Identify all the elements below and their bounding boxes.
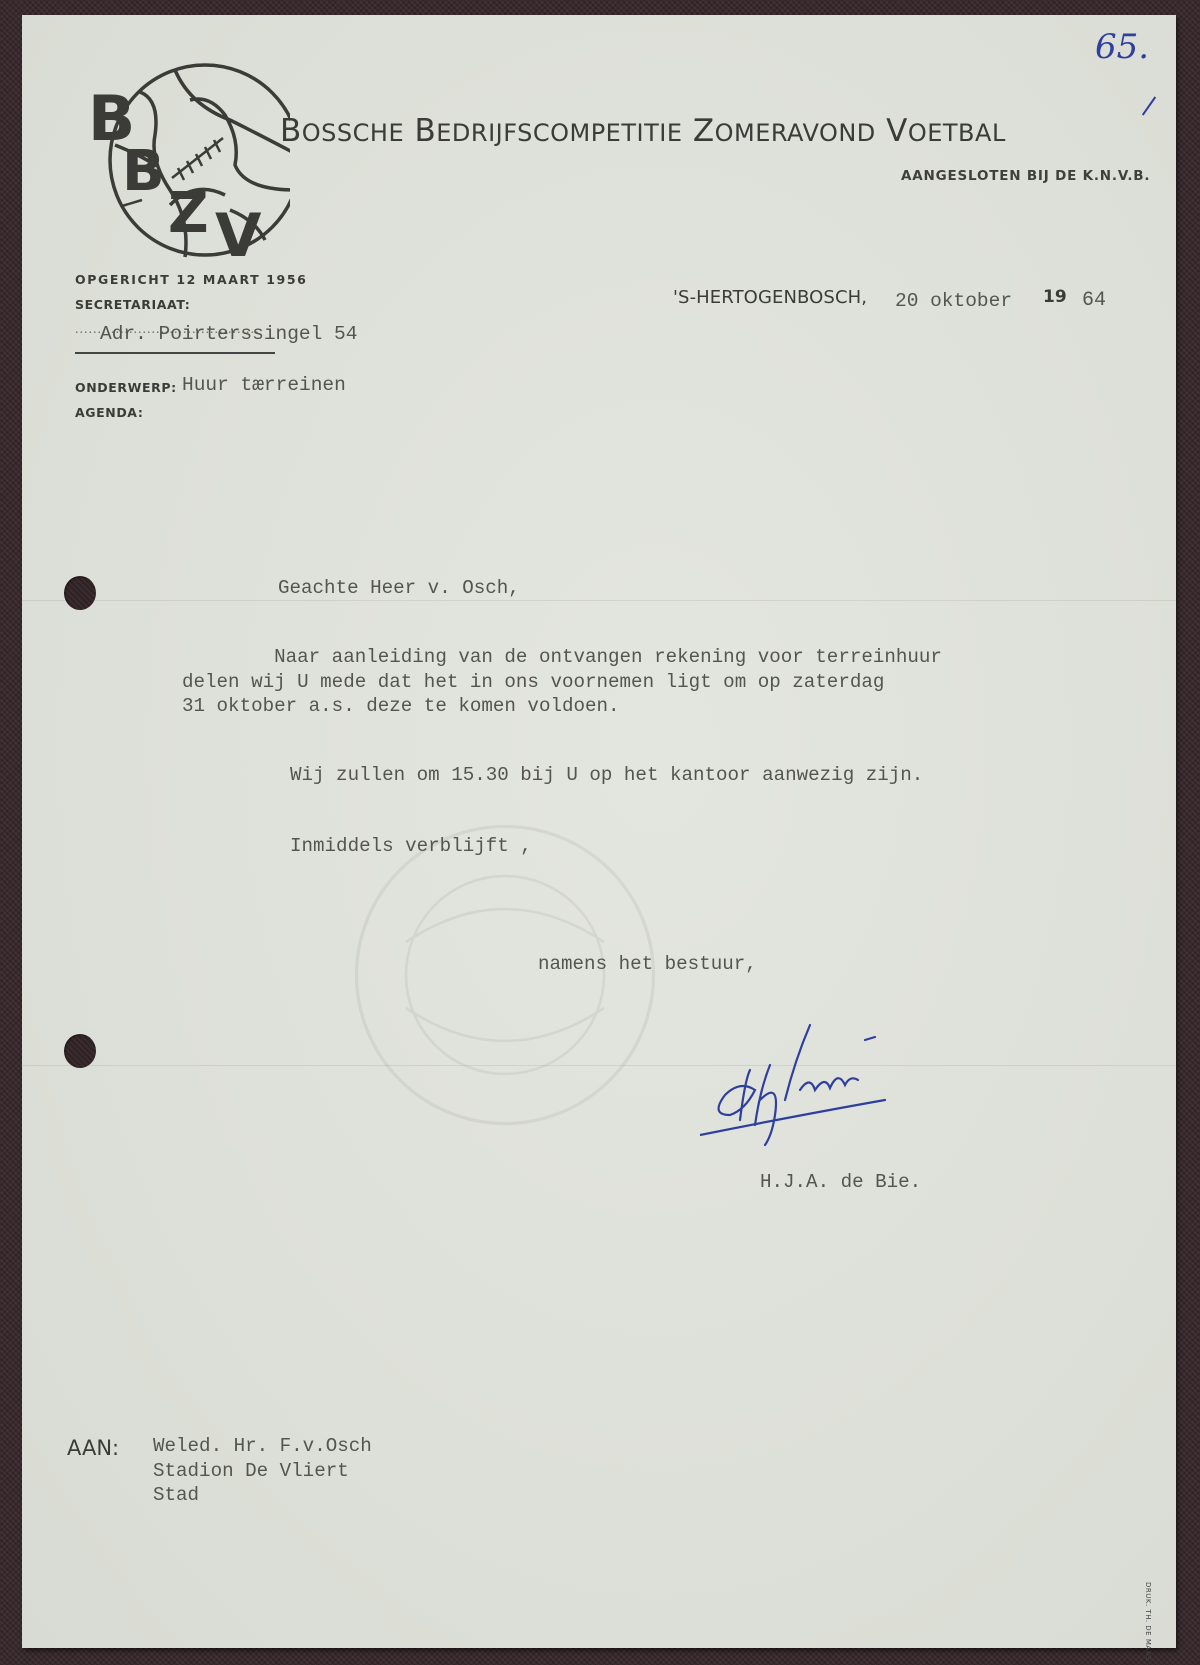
closing-line: Inmiddels verblijft , xyxy=(290,834,532,859)
recipient-line: Stadion De Vliert xyxy=(153,1459,372,1484)
agenda-label: AGENDA: xyxy=(75,405,143,420)
affiliation-text: AANGESLOTEN BIJ DE K.N.V.B. xyxy=(901,168,1150,184)
paragraph-1: Naar aanleiding van de ontvangen rekenin… xyxy=(182,645,942,719)
salutation: Geachte Heer v. Osch, xyxy=(278,576,520,601)
recipient-line: Stad xyxy=(153,1483,372,1508)
printer-mark: DRUK. TH. DE MAAS xyxy=(1144,1582,1152,1661)
punch-hole xyxy=(64,576,96,610)
city-label: 'S-HERTOGENBOSCH, xyxy=(673,287,867,308)
year-prefix: 19 xyxy=(1043,287,1067,307)
secretariaat-address: Adr. Poirterssingel 54 xyxy=(100,323,357,345)
subject-value: Huur tærreinen xyxy=(182,374,346,396)
svg-text:V: V xyxy=(215,201,262,260)
fold-crease xyxy=(22,600,1176,601)
recipient-label: AAN: xyxy=(67,1436,119,1460)
bbzv-logo-icon: B B Z V xyxy=(60,60,290,260)
address-underline xyxy=(75,352,275,354)
recipient-address: Weled. Hr. F.v.OschStadion De VliertStad xyxy=(153,1434,372,1508)
founded-date: OPGERICHT 12 MAART 1956 xyxy=(75,272,307,287)
svg-text:B: B xyxy=(122,139,165,204)
letter-date: 20 oktober xyxy=(895,290,1012,312)
year-suffix: 64 xyxy=(1082,289,1106,312)
signer-name: H.J.A. de Bie. xyxy=(760,1170,921,1195)
organization-name: BOSSCHE BEDRIJFSCOMPETITIE ZOMERAVOND VO… xyxy=(280,113,1006,149)
onderwerp-label: ONDERWERP: xyxy=(75,380,177,395)
paragraph-2: Wij zullen om 15.30 bij U op het kantoor… xyxy=(290,763,923,788)
signature-icon xyxy=(700,1020,960,1160)
handwritten-number: 65. xyxy=(1095,27,1149,67)
on-behalf-line: namens het bestuur, xyxy=(538,952,757,977)
svg-text:Z: Z xyxy=(168,181,209,246)
secretariaat-label: SECRETARIAAT: xyxy=(75,297,190,312)
punch-hole xyxy=(64,1034,96,1068)
recipient-line: Weled. Hr. F.v.Osch xyxy=(153,1434,372,1459)
